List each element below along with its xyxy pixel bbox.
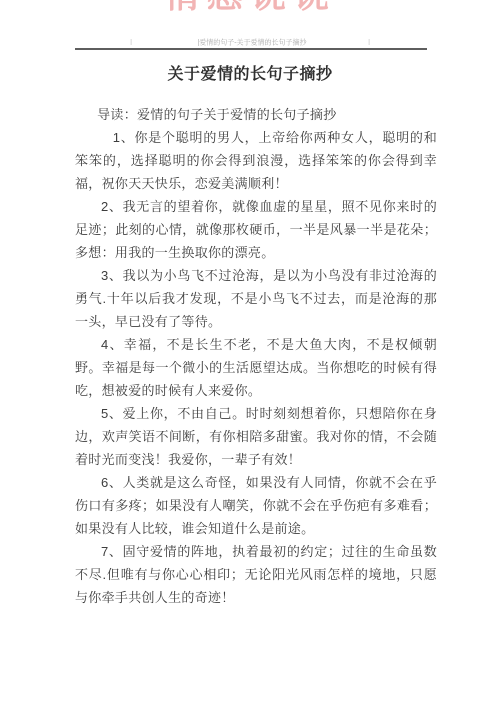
- site-logo: 情感说说: [0, 0, 500, 13]
- page-title: 关于爱情的长句子摘抄: [0, 62, 500, 88]
- article-body: 导读：爱情的句子关于爱情的长句子摘抄 1、你是个聪明的男人，上帝给你两种女人，聪…: [0, 103, 500, 609]
- paragraph-7: 7、固守爱情的阵地，执着最初的约定；过往的生命虽数不尽.但唯有与你心心相印；无论…: [75, 540, 437, 609]
- breadcrumb-text: |爱情的句子-关于爱情的长句子摘抄: [197, 36, 306, 47]
- article-intro: 导读：爱情的句子关于爱情的长句子摘抄: [75, 103, 437, 126]
- paragraph-6: 6、人类就是这么奇怪，如果没有人同情，你就不会在乎伤口有多疼；如果没有人嘲笑，你…: [75, 471, 437, 540]
- paragraph-5: 5、爱上你，不由自己。时时刻刻想着你，只想陪你在身边，欢声笑语不间断，有你相陪多…: [75, 402, 437, 471]
- paragraph-4: 4、幸福，不是长生不老，不是大鱼大肉，不是权倾朝野。幸福是每一个微小的生活愿望达…: [75, 333, 437, 402]
- site-logo-text: 情感说说: [164, 0, 336, 13]
- paragraph-2: 2、我无言的望着你，就像血虚的星星，照不见你来时的足迹；此刻的心情，就像那枚硬币…: [75, 195, 437, 264]
- paragraph-1: 1、你是个聪明的男人，上帝给你两种女人，聪明的和笨笨的，选择聪明的你会得到浪漫，…: [75, 126, 437, 195]
- breadcrumb: | |爱情的句子-关于爱情的长句子摘抄 |: [0, 36, 500, 46]
- header-divider: [75, 48, 427, 50]
- breadcrumb-separator-right: |: [368, 37, 370, 44]
- paragraph-list: 1、你是个聪明的男人，上帝给你两种女人，聪明的和笨笨的，选择聪明的你会得到浪漫，…: [75, 126, 437, 609]
- breadcrumb-separator-left: |: [130, 37, 132, 44]
- document-page: 情感说说 | |爱情的句子-关于爱情的长句子摘抄 | 关于爱情的长句子摘抄 导读…: [0, 0, 500, 708]
- paragraph-3: 3、我以为小鸟飞不过沧海，是以为小鸟没有非过沧海的勇气.十年以后我才发现，不是小…: [75, 264, 437, 333]
